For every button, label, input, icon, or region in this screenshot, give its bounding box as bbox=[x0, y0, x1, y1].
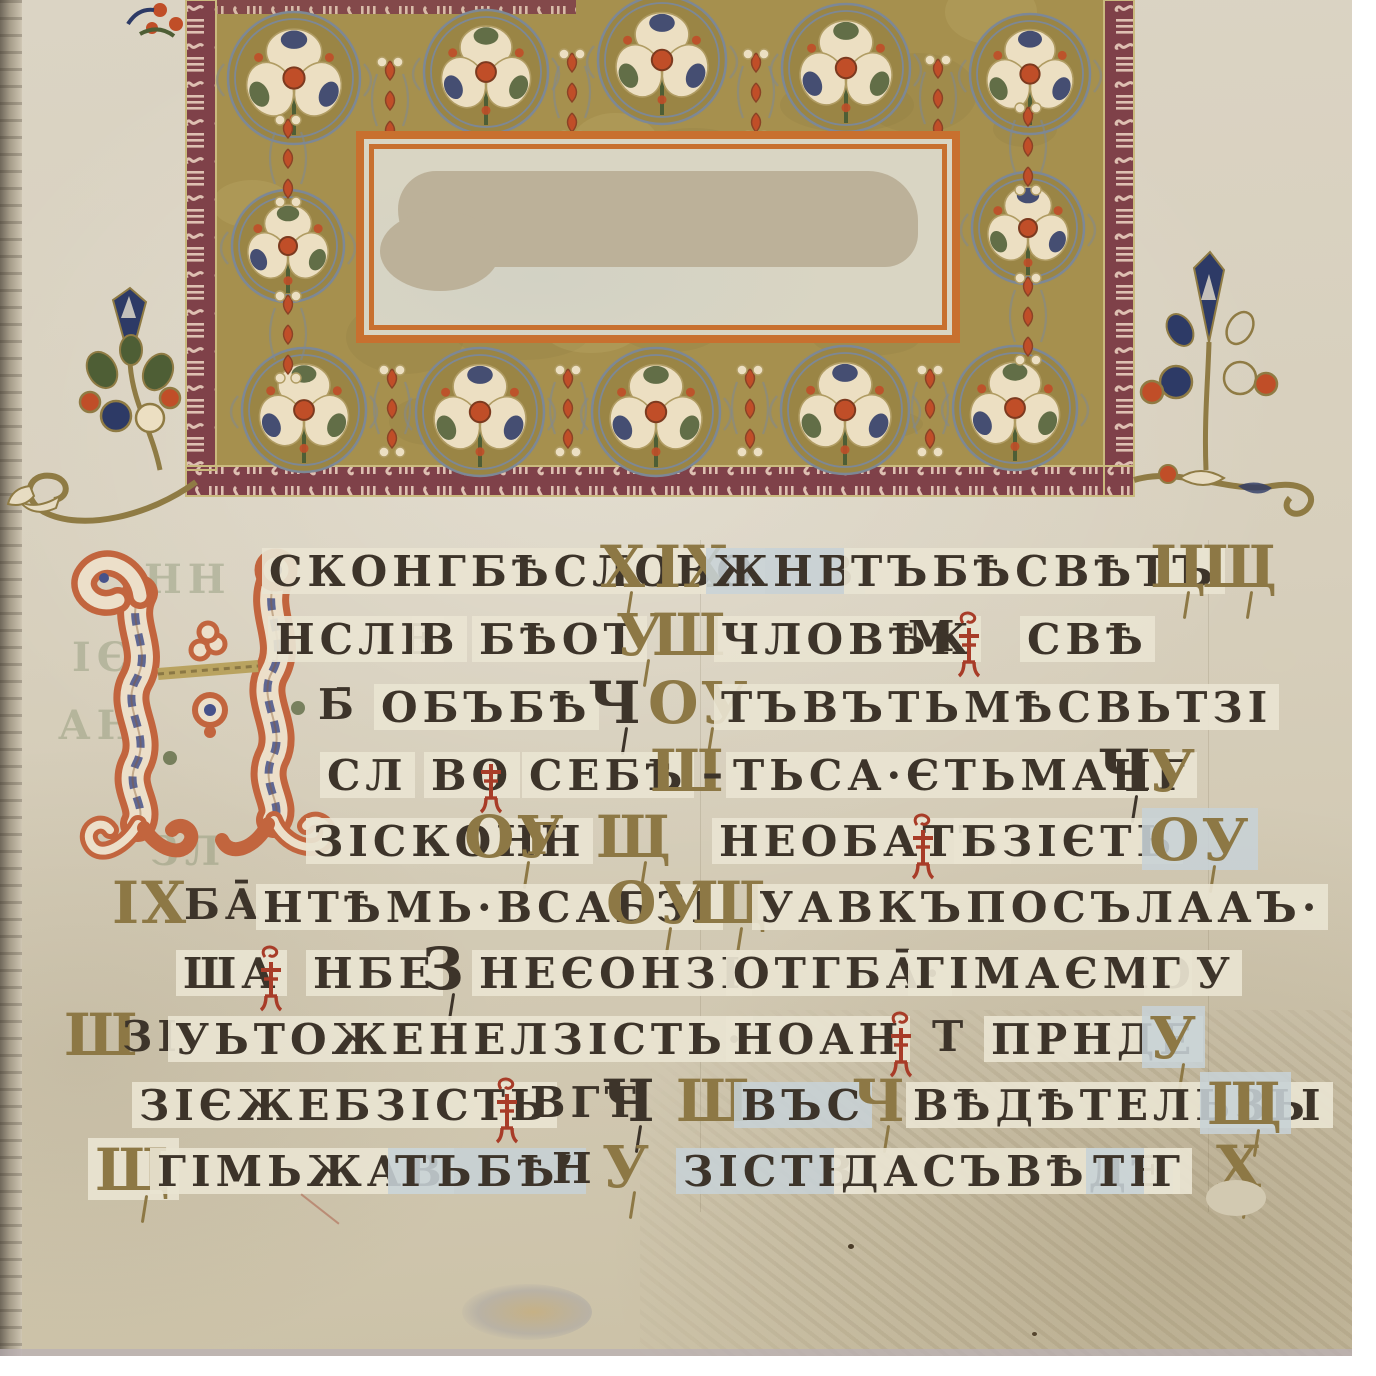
text-segment: Х bbox=[600, 538, 647, 596]
text-segment: З bbox=[422, 940, 469, 998]
text-segment: Н bbox=[552, 1148, 597, 1190]
erased-blob-small bbox=[1206, 1180, 1266, 1216]
red-cross-glyph-segment bbox=[256, 944, 286, 1018]
text-segment: СВѢ bbox=[1020, 616, 1155, 662]
corner-berry-ornament bbox=[128, 3, 183, 36]
letter-descender bbox=[140, 1195, 147, 1223]
text-segment: Ц bbox=[1150, 538, 1208, 596]
text-segment: В bbox=[412, 616, 467, 662]
screenshot-root: { "image": { "description": "Photograph … bbox=[0, 0, 1376, 1376]
right-corner-sprig bbox=[1134, 252, 1311, 514]
letter-descender bbox=[629, 1191, 636, 1219]
text-segment: Г bbox=[1144, 950, 1192, 996]
text-segment: ОУ bbox=[1142, 808, 1258, 870]
title-window bbox=[356, 131, 960, 343]
ink-fleck bbox=[1032, 1332, 1037, 1336]
left-corner-sprig bbox=[8, 288, 196, 521]
text-segment: У bbox=[1142, 1006, 1205, 1068]
text-segment: НЕЄОНЗІ bbox=[472, 950, 752, 996]
text-segment: Ч bbox=[602, 1072, 660, 1130]
text-segment: Щ bbox=[1200, 1072, 1291, 1134]
red-cross-glyph-segment bbox=[492, 1076, 522, 1150]
text-segment: ІХ bbox=[112, 874, 188, 932]
red-cross-glyph bbox=[256, 944, 286, 1018]
manuscript-photo: ННІЄАНЗЛ СКОНГБѢСЛОВОХІХЖНВТЪБѢСВѢТЪЦЩНС… bbox=[0, 0, 1352, 1356]
red-cross-glyph bbox=[908, 812, 938, 886]
text-segment: УЬТОЖЕНЕЛЗІСТЬ· bbox=[168, 1016, 753, 1062]
text-segment: ЖНВ bbox=[706, 548, 865, 594]
erased-title-area bbox=[398, 171, 918, 267]
text-segment: БА̄ bbox=[184, 884, 264, 926]
text-segment: – bbox=[702, 752, 728, 794]
text-segment: Щ bbox=[1202, 538, 1279, 596]
text-segment: У bbox=[1148, 742, 1197, 800]
text-segment: ТЪВЪТЬМѢСВЬТЗІ bbox=[714, 684, 1279, 730]
ink-fleck bbox=[848, 1244, 854, 1249]
text-segment: Г bbox=[1144, 1148, 1192, 1194]
red-cross-glyph bbox=[492, 1076, 522, 1150]
text-segment: Щ bbox=[596, 808, 673, 866]
red-cross-glyph bbox=[954, 610, 984, 684]
text-segment: М bbox=[908, 616, 960, 658]
text-line: ЗІЄЖЕБЗІСТЬ ВГТЧШВЪСЧВѢДѢТЕЛЬЗЫЩ bbox=[0, 1082, 1352, 1154]
text-segment: Б̄ bbox=[318, 684, 359, 726]
text-segment: У bbox=[602, 1138, 651, 1196]
text-segment: НОАН bbox=[726, 1016, 910, 1062]
text-segment: Ч bbox=[588, 674, 646, 732]
red-cross-glyph-segment bbox=[908, 812, 938, 886]
text-segment: ОБЪБѢ bbox=[374, 684, 599, 730]
smudge-stain bbox=[462, 1284, 592, 1340]
text-segment: УАВКЪПОСЪЛААЪ· bbox=[752, 884, 1328, 930]
text-segment: СЛ bbox=[320, 752, 415, 798]
erased-blob-small bbox=[1262, 648, 1296, 672]
text-segment: Т bbox=[932, 1016, 968, 1058]
text-line: ІХБА̄НТѢМЬ·ВСАБЗІОУЩУАВКЪПОСЪЛААЪ· bbox=[0, 884, 1352, 956]
text-line: ЩГІМЬЖАВТЪБѢ’НУЗІСТВДАСЪВѢДѢТЕГХ bbox=[0, 1148, 1352, 1220]
text-segment: Ч bbox=[852, 1072, 907, 1130]
red-cross-glyph-segment bbox=[954, 610, 984, 684]
text-segment: Г bbox=[526, 818, 558, 862]
